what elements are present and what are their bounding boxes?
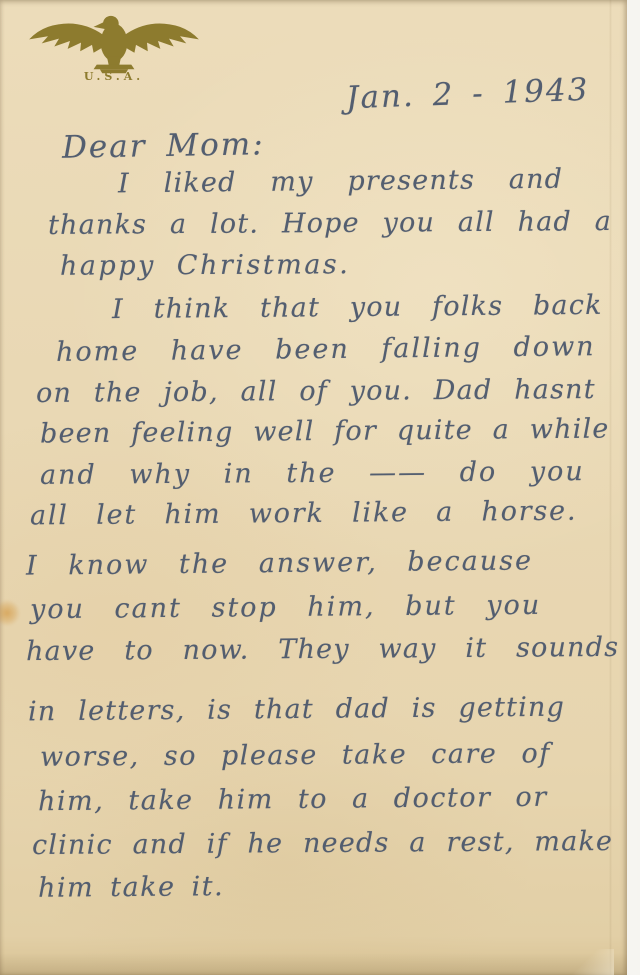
letter-salutation: Dear Mom:: [62, 126, 265, 166]
letter-line: clinic and if he needs a rest, make: [32, 826, 613, 861]
letter-line: I know the answer, because: [26, 545, 533, 581]
letter-line: you cant stop him, but you: [30, 590, 541, 625]
letter-line: thanks a lot. Hope you all had a: [48, 206, 612, 241]
letter-line: in letters, is that dad is getting: [28, 692, 565, 728]
letter-line: been feeling well for quite a while: [40, 414, 610, 450]
letter-line: home have been falling down: [56, 331, 596, 368]
paper-stain: [0, 600, 20, 626]
paper-bottom-shadow: [0, 953, 627, 975]
eagle-icon: [26, 8, 202, 74]
letter-line: I liked my presents and: [118, 164, 564, 200]
letter-line: him, take him to a doctor or: [38, 782, 548, 817]
letter-date: Jan. 2 - 1943: [345, 72, 589, 116]
letter-line: have to now. They way it sounds: [26, 632, 619, 667]
letter-line: him take it.: [38, 871, 224, 904]
letter-line: and why in the —— do you: [40, 456, 585, 491]
letter-paper: U.S.A. Jan. 2 - 1943 Dear Mom: I liked m…: [0, 0, 627, 975]
letter-line: worse, so please take care of: [40, 738, 551, 773]
letter-line: happy Christmas.: [60, 249, 350, 282]
letter-line: all let him work like a horse.: [30, 496, 578, 532]
usa-label: U.S.A.: [24, 70, 204, 83]
letter-line: on the job, all of you. Dad hasnt: [36, 374, 596, 409]
paper-corner-fold: [544, 949, 614, 975]
letter-line: I think that you folks back: [112, 290, 603, 325]
letterhead: U.S.A.: [24, 8, 204, 92]
